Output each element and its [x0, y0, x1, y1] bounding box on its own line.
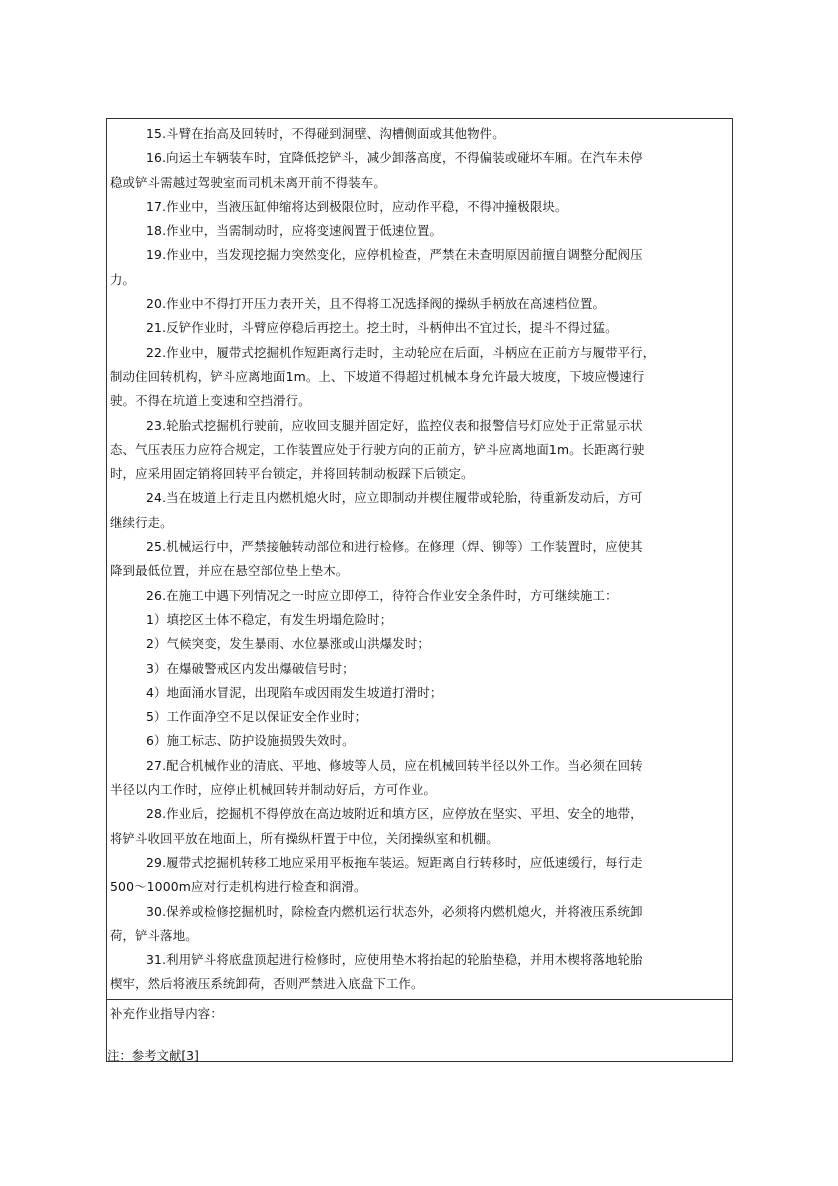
sub-item-line: 4）地面涌水冒泥，出现陷车或因雨发生坡道打滑时；: [110, 681, 726, 705]
supplementary-label: 补充作业指导内容：: [110, 1002, 729, 1026]
rule-line: 500～1000m应对行走机构进行检查和润滑。: [110, 875, 726, 899]
reference-note: 注：参考文献[3]: [107, 1045, 199, 1067]
rule-line: 25.机械运行中，严禁接触转动部位和进行检修。在修理（焊、铆等）工作装置时，应使…: [110, 535, 726, 559]
rule-line: 将铲斗收回平放在地面上，所有操纵杆置于中位，关闭操纵室和机棚。: [110, 827, 726, 851]
sub-item-line: 2）气候突变，发生暴雨、水位暴涨或山洪爆发时；: [110, 632, 726, 656]
rule-line: 制动住回转机构，铲斗应离地面1m。上、下坡道不得超过机械本身允许最大坡度，下坡应…: [110, 365, 726, 389]
rule-line: 17.作业中，当液压缸伸缩将达到极限位时，应动作平稳，不得冲撞极限块。: [110, 195, 726, 219]
rule-line: 23.轮胎式挖掘机行驶前，应收回支腿并固定好，监控仪表和报警信号灯应处于正常显示…: [110, 414, 726, 438]
sub-item-line: 1）填挖区土体不稳定，有发生坍塌危险时；: [110, 608, 726, 632]
rule-line: 29.履带式挖掘机转移工地应采用平板拖车装运。短距离自行转移时，应低速缓行，每行…: [110, 851, 726, 875]
rule-line: 26.在施工中遇下列情况之一时应立即停工，待符合作业安全条件时，方可继续施工：: [110, 584, 726, 608]
rule-line: 降到最低位置，并应在悬空部位垫上垫木。: [110, 559, 726, 583]
rule-line: 时，应采用固定销将回转平台锁定，并将回转制动板踩下后锁定。: [110, 462, 726, 486]
rule-line: 20.作业中不得打开压力表开关，且不得将工况选择阀的操纵手柄放在高速档位置。: [110, 292, 726, 316]
rule-line: 18.作业中，当需制动时，应将变速阀置于低速位置。: [110, 219, 726, 243]
rule-line: 31.利用铲斗将底盘顶起进行检修时，应使用垫木将抬起的轮胎垫稳，并用木楔将落地轮…: [110, 948, 726, 972]
rule-line: 15.斗臂在抬高及回转时，不得碰到洞壁、沟槽侧面或其他物件。: [110, 122, 726, 146]
rule-line: 19.作业中，当发现挖掘力突然变化，应停机检查，严禁在未查明原因前擅自调整分配阀…: [110, 243, 726, 267]
rule-line: 30.保养或检修挖掘机时，除检查内燃机运行状态外，必须将内燃机熄火，并将液压系统…: [110, 900, 726, 924]
rule-line: 27.配合机械作业的清底、平地、修坡等人员，应在机械回转半径以外工作。当必须在回…: [110, 754, 726, 778]
rule-line: 楔牢，然后将液压系统卸荷，否则严禁进入底盘下工作。: [110, 972, 726, 996]
rule-line: 荷，铲斗落地。: [110, 924, 726, 948]
rule-line: 继续行走。: [110, 511, 726, 535]
rule-line: 稳或铲斗需越过驾驶室而司机未离开前不得装车。: [110, 171, 726, 195]
rules-cell: 15.斗臂在抬高及回转时，不得碰到洞壁、沟槽侧面或其他物件。 16.向运土车辆装…: [107, 119, 732, 999]
rule-line: 态、气压表压力应符合规定，工作装置应处于行驶方向的正前方，铲斗应离地面1m。长距…: [110, 438, 726, 462]
rule-line: 22.作业中，履带式挖掘机作短距离行走时，主动轮应在后面，斗柄应在正前方与履带平…: [110, 341, 726, 365]
rule-line: 28.作业后，挖掘机不得停放在高边坡附近和填方区，应停放在坚实、平坦、安全的地带…: [110, 802, 726, 826]
rule-line: 24.当在坡道上行走且内燃机熄火时，应立即制动并楔住履带或轮胎，待重新发动后，方…: [110, 486, 726, 510]
sub-item-line: 5）工作面净空不足以保证安全作业时；: [110, 705, 726, 729]
rule-line: 半径以内工作时，应停止机械回转并制动好后，方可作业。: [110, 778, 726, 802]
supplementary-cell: 补充作业指导内容：: [107, 999, 732, 1061]
rule-line: 驶。不得在坑道上变速和空挡滑行。: [110, 389, 726, 413]
rule-line: 力。: [110, 268, 726, 292]
rule-line: 16.向运土车辆装车时，宜降低挖铲斗，减少卸落高度，不得偏装或碰坏车厢。在汽车未…: [110, 146, 726, 170]
sub-item-line: 6）施工标志、防护设施损毁失效时。: [110, 729, 726, 753]
rule-line: 21.反铲作业时，斗臂应停稳后再挖土。挖土时，斗柄伸出不宜过长，提斗不得过猛。: [110, 316, 726, 340]
guidance-table: 15.斗臂在抬高及回转时，不得碰到洞壁、沟槽侧面或其他物件。 16.向运土车辆装…: [106, 118, 733, 1062]
sub-item-line: 3）在爆破警戒区内发出爆破信号时；: [110, 657, 726, 681]
